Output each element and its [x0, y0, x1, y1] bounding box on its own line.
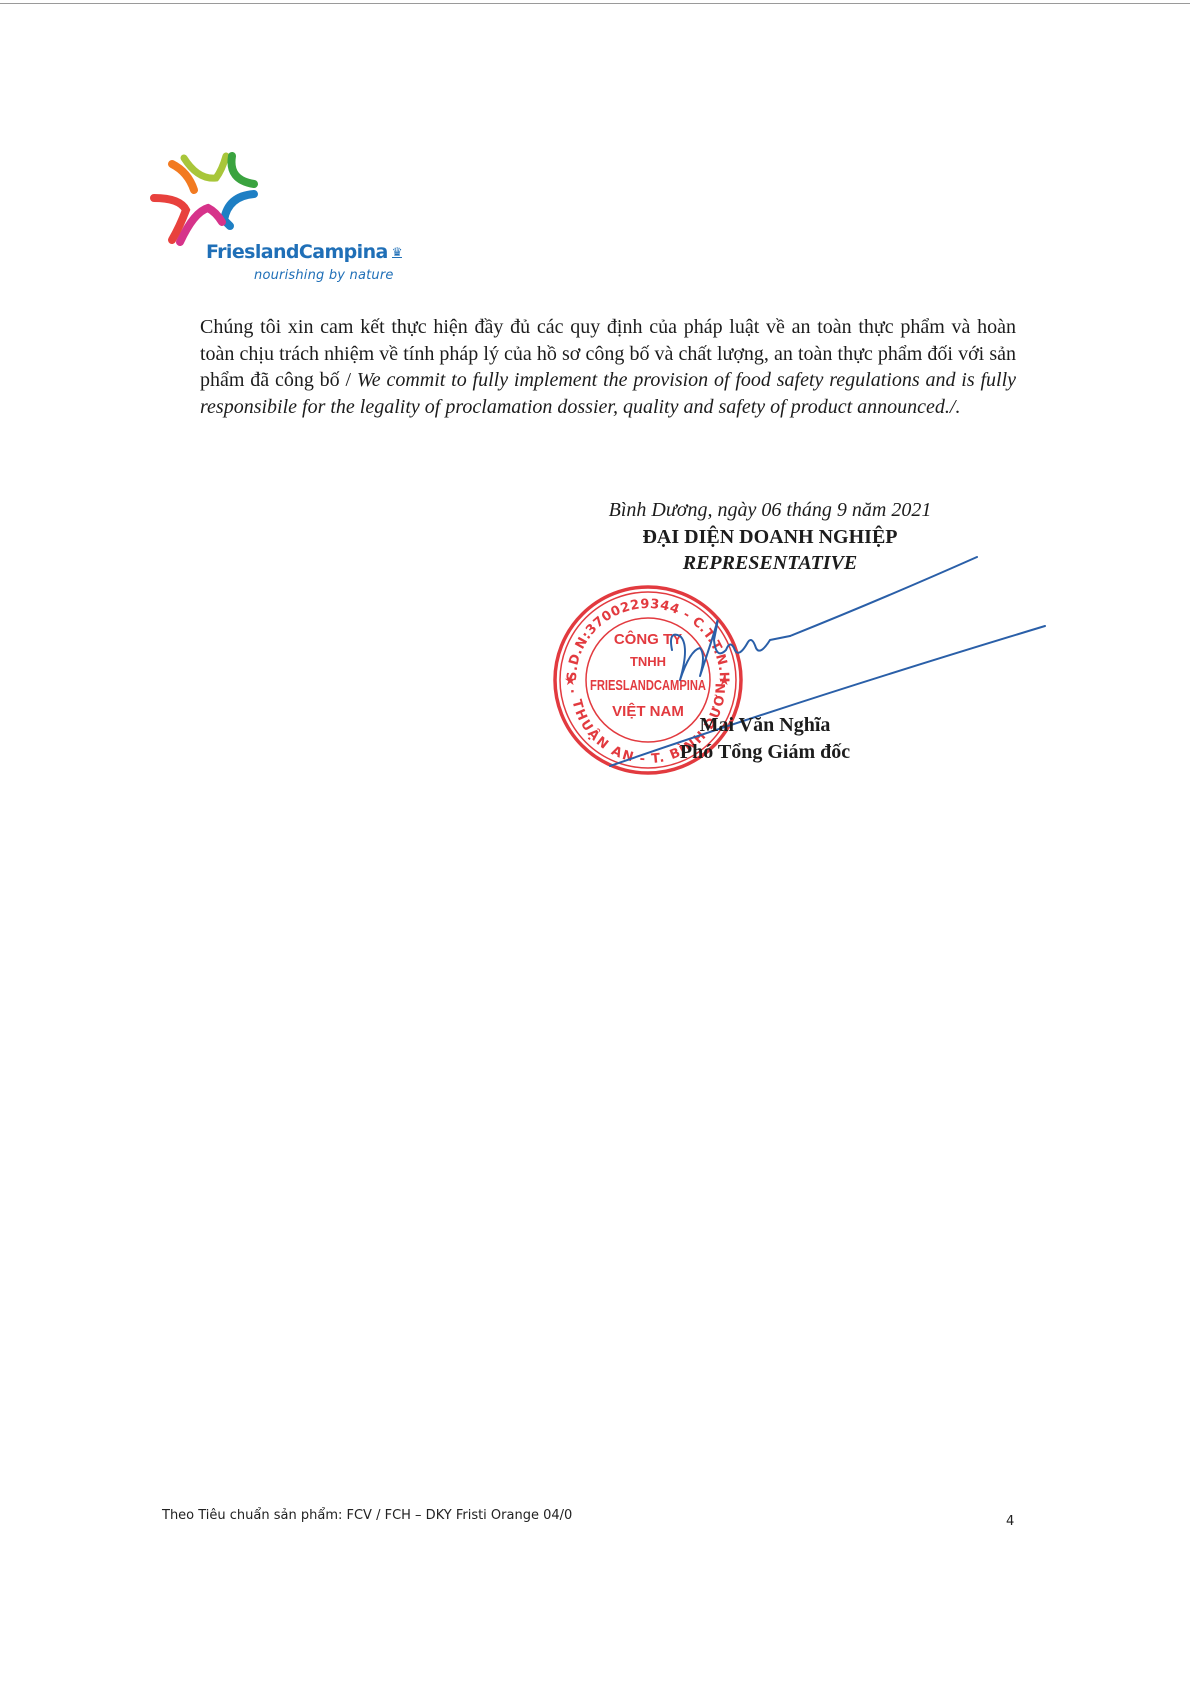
commitment-paragraph: Chúng tôi xin cam kết thực hiện đầy đủ c…: [200, 314, 1016, 420]
stamp-company-type: CÔNG TY: [614, 630, 682, 648]
stamp-company-name: FRIESLANDCAMPINA: [590, 677, 706, 694]
signer-position: Phó Tổng Giám đốc: [660, 739, 870, 766]
brand-text: FrieslandCampina: [206, 241, 388, 263]
stamp-company-form: TNHH: [630, 654, 666, 669]
signer-name: Mai Văn Nghĩa: [660, 712, 870, 739]
top-border-line: [0, 3, 1190, 4]
signature-block: Bình Dương, ngày 06 tháng 9 năm 2021 ĐẠI…: [560, 497, 980, 577]
page-number: 4: [1006, 1514, 1014, 1529]
brand-name: FrieslandCampina♛: [206, 241, 402, 263]
footer-product-standard: Theo Tiêu chuẩn sản phẩm: FCV / FCH – DK…: [162, 1508, 572, 1523]
signer-block: Mai Văn Nghĩa Phó Tổng Giám đốc: [660, 712, 870, 766]
representative-title-en: REPRESENTATIVE: [560, 550, 980, 577]
signature-date-line: Bình Dương, ngày 06 tháng 9 năm 2021: [560, 497, 980, 524]
representative-title-vi: ĐẠI DIỆN DOANH NGHIỆP: [560, 524, 980, 551]
stamp-star-right-icon: ★: [718, 673, 731, 689]
star-logo-icon: [150, 150, 270, 250]
crown-icon: ♛: [392, 247, 402, 258]
brand-tagline: nourishing by nature: [254, 268, 394, 283]
stamp-star-left-icon: ★: [564, 673, 577, 689]
frieslandcampina-logo: FrieslandCampina♛ nourishing by nature: [150, 150, 430, 290]
